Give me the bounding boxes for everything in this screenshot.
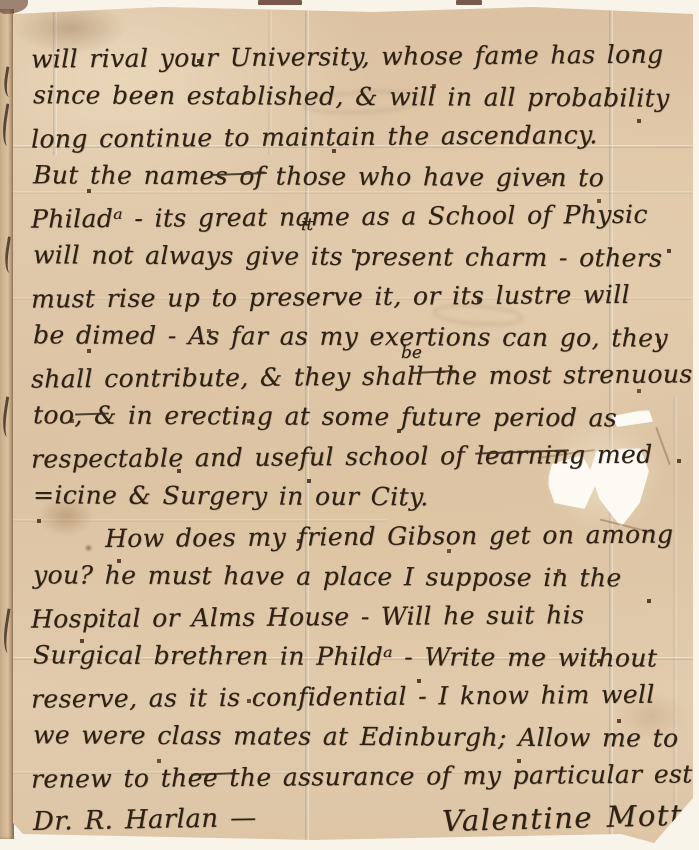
- signature: Valentine Mott: [441, 798, 683, 838]
- inserted-word: it: [301, 215, 313, 235]
- letter-body: will rival your University, whose fame h…: [31, 38, 689, 843]
- letter-line: since been established, & will in all pr…: [33, 76, 691, 119]
- letter-line: But the names of those who have given to: [33, 156, 691, 199]
- letter-line: long continue to maintain the ascendancy…: [31, 115, 689, 160]
- letter-line: we were class mates at Edinburgh; Allow …: [33, 716, 691, 759]
- inserted-word: be: [401, 343, 422, 363]
- letter-line: renew to thee the assurance of my partic…: [31, 755, 689, 800]
- letter-line: Hospital or Alms House - Will he suit hi…: [31, 595, 689, 640]
- letter-line: too, & in erecting at some future period…: [33, 396, 691, 439]
- letter-line: will rival your University, whose fame h…: [31, 35, 689, 80]
- letter-line: will not always give its present charm -…: [33, 236, 691, 279]
- letter-line: be dimed - As far as my exertions can go…: [33, 316, 691, 359]
- top-edge-mark: [456, 0, 482, 5]
- corner-smudge: [0, 0, 28, 14]
- letter-closing: Dr. R. Harlan — Valentine Mott: [31, 801, 689, 843]
- letter-line: How does my friend Gibson get on among: [31, 515, 689, 560]
- top-edge-mark: [258, 0, 302, 5]
- adjacent-page-edge: [0, 9, 14, 839]
- letter-line: =icine & Surgery in our City.: [33, 476, 691, 519]
- letter-line: Philadᵃ - its great name as a School of …: [31, 195, 689, 240]
- letter-page: will rival your University, whose fame h…: [13, 5, 693, 845]
- addressee: Dr. R. Harlan —: [33, 803, 257, 837]
- letter-line: respectable and useful school of learnin…: [31, 435, 689, 480]
- letter-scan: will rival your University, whose fame h…: [0, 0, 699, 850]
- letter-line: reserve, as it is confidential - I know …: [31, 675, 689, 720]
- letter-line: Surgical brethren in Phildᵃ - Write me w…: [33, 636, 691, 679]
- letter-line: must rise up to preserve it, or its lust…: [31, 275, 689, 320]
- letter-line: you? he must have a place I suppose in t…: [33, 556, 691, 599]
- letter-line: shall contribute, & they shall the most …: [31, 355, 689, 400]
